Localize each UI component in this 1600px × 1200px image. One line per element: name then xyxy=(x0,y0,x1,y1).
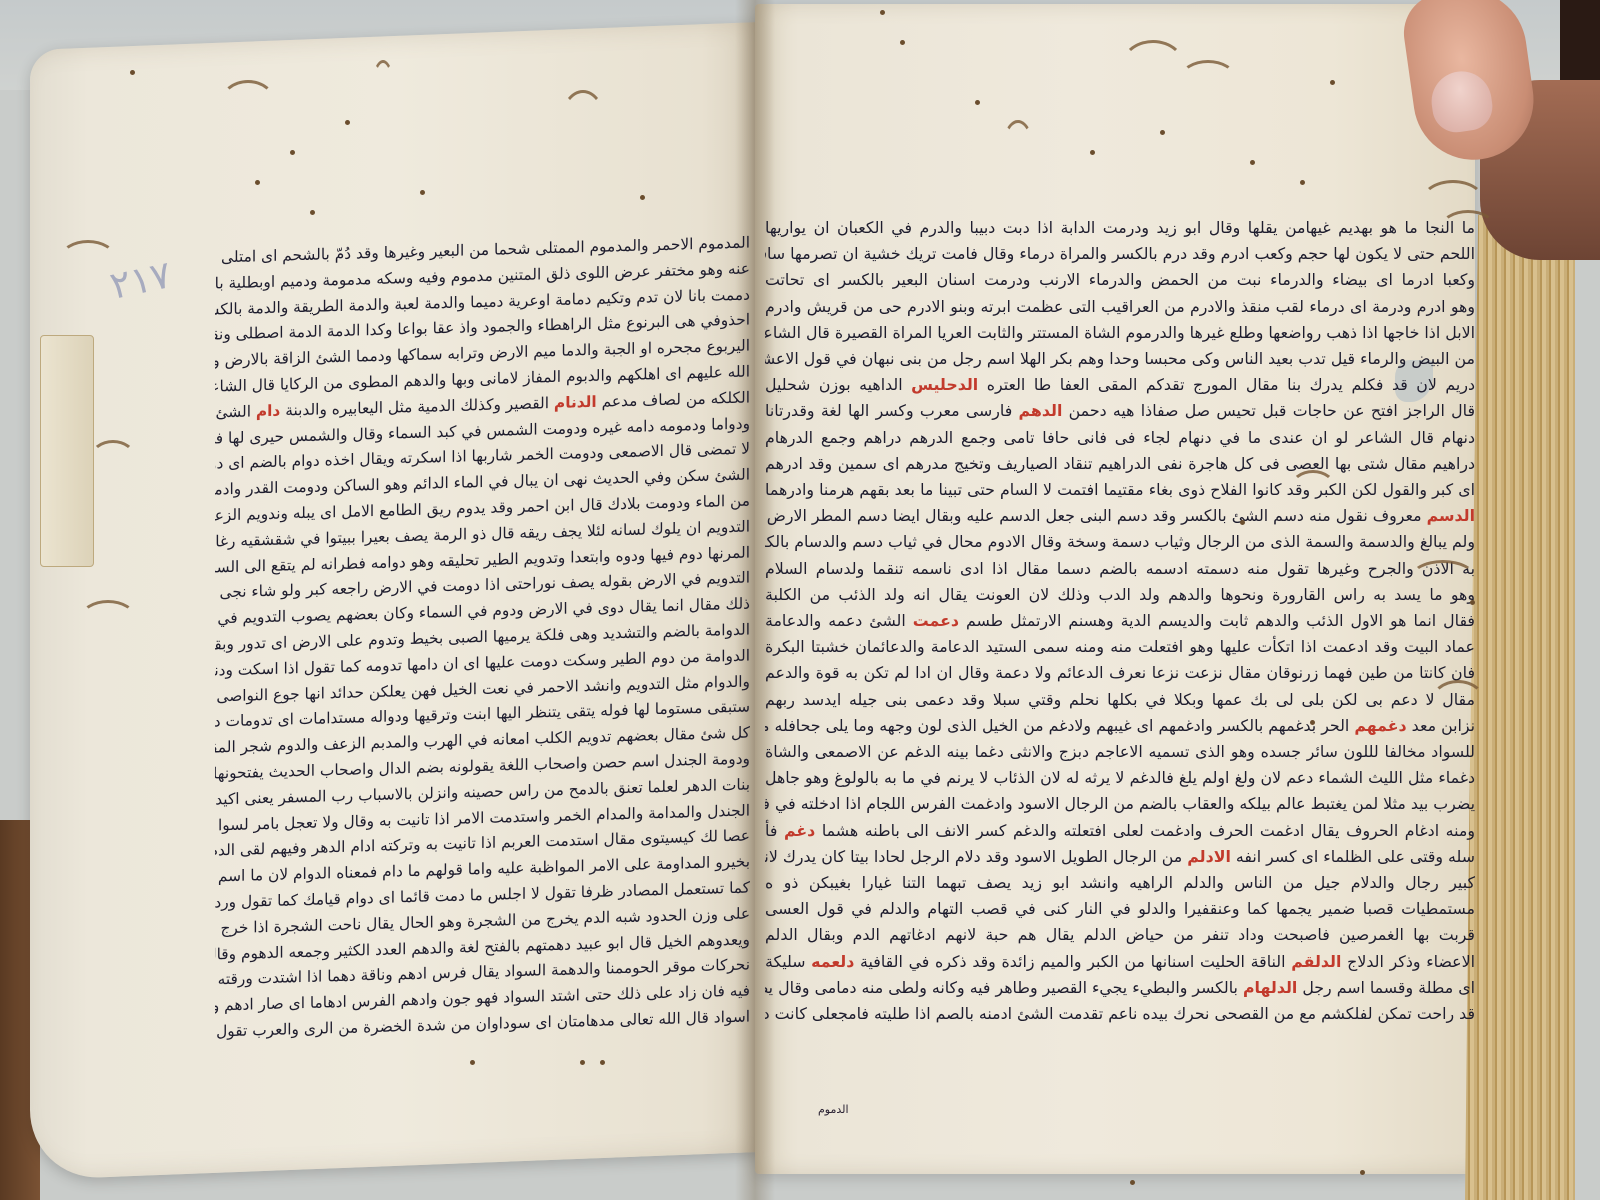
manuscript-line: من البيض والرماء قيل تدب بعيد الناس وكى … xyxy=(765,346,1475,372)
left-page-text-block: المدموم الاحمر والمدموم الممتلى شحما من … xyxy=(215,231,750,1046)
line-text: اى كبر والقول لكن الكبر وقد كانوا الفلاح… xyxy=(765,480,1475,499)
manuscript-line: كبير رجال والدلام جيل من الناس والدلم ال… xyxy=(765,870,1475,896)
wormhole xyxy=(1360,1170,1365,1175)
manuscript-line: سله وقتى على الظلماء اى كسر انفه الادلم … xyxy=(765,844,1475,870)
manuscript-line: وكعبا ادرما اى بيضاء والدرماء نبت من الح… xyxy=(765,267,1475,293)
line-text: مقال لا دعم بى لكن بلى لى بك عمها وبكلا … xyxy=(765,690,1475,709)
line-text: دغماء مثل الليث الشماء دعم لان ولغ اولم … xyxy=(765,768,1475,787)
line-text: الاعضاء وذكر الدلاج xyxy=(1341,952,1475,971)
wormhole-trail xyxy=(1000,120,1036,196)
line-text: وهو ادرم ودرمة اى درماء لقب منقذ والادرم… xyxy=(765,297,1475,316)
manuscript-line: عماد البيت وقد ادعمت اذا اتكأت عليها وهو… xyxy=(765,634,1475,660)
line-text: سليكة xyxy=(765,952,811,971)
wormhole-trail xyxy=(220,80,276,126)
rubric-headword: الدنام xyxy=(554,393,597,412)
wormhole xyxy=(420,190,425,195)
wormhole-trail xyxy=(90,440,136,476)
line-text: ومنه ادغام الحروف يقال ادغمت الحرف وادغم… xyxy=(815,821,1475,840)
line-text: الشئ دعمه والدعامة xyxy=(765,611,913,630)
line-text: الكلكه من لصاف مدعم xyxy=(597,388,750,410)
wormhole xyxy=(900,40,905,45)
manuscript-line: اى مطلة وقسما اسم رجل الدلهام بالكسر وال… xyxy=(765,975,1475,1001)
wormhole xyxy=(310,210,315,215)
wormhole xyxy=(1300,180,1305,185)
wormhole-trail xyxy=(1290,470,1336,506)
wormhole xyxy=(1090,150,1095,155)
wormhole-trail xyxy=(1180,60,1236,96)
line-text: فان كانتا من طين فهما زرنوقان مقال نزعت … xyxy=(765,663,1475,682)
manuscript-line: اللحم حتى لا يكون لها حجم وكعب ادرم وقد … xyxy=(765,241,1475,267)
manuscript-line: ولم يبالغ والدسمة والسمة الذى من الرجال … xyxy=(765,529,1475,555)
line-text: قد راحت تمكن لفلكشم مع من القصحى نحرك بي… xyxy=(765,1004,1475,1023)
line-text: دنهام قال الشاعر لو ان عندى ما في دنهام … xyxy=(765,428,1475,447)
line-text: ما النجا ما هو بهديم غيهامن يقلها وقال ا… xyxy=(765,218,1475,237)
wormhole-trail xyxy=(60,240,116,276)
wormhole xyxy=(1310,720,1315,725)
wormhole xyxy=(130,70,135,75)
line-text: مستمطيات قصبا ضمير يجمها كما وعنقفيرا وا… xyxy=(765,899,1475,918)
manuscript-line: نزابن معد دغمهم الحر بدغمهم بالكسر وادغم… xyxy=(765,713,1475,739)
manuscript-line: مقال لا دعم بى لكن بلى لى بك عمها وبكلا … xyxy=(765,687,1475,713)
line-text: اللحم حتى لا يكون لها حجم وكعب ادرم وقد … xyxy=(765,244,1475,263)
line-text: سله وقتى على الظلماء اى كسر انفه xyxy=(1231,847,1475,866)
wormhole-trail xyxy=(1410,560,1476,596)
manuscript-line: للسواد مخالفا لللون سائر جسده وهو الذى ت… xyxy=(765,739,1475,765)
repair-tab xyxy=(40,335,94,567)
wormhole xyxy=(1250,160,1255,165)
line-text: فقال انما هو الاول الذئب والدهم ثابت وال… xyxy=(959,611,1475,630)
right-page-text-block: ما النجا ما هو بهديم غيهامن يقلها وقال ا… xyxy=(765,215,1475,1045)
line-text: قربت بها الغمرصين فاصبحت وداد تنفر من حي… xyxy=(765,925,1475,944)
wormhole xyxy=(1330,80,1335,85)
rubric-headword: دغمهم xyxy=(1354,716,1406,735)
line-text: الشئ يدوم ويدام دوما xyxy=(215,402,256,424)
wormhole xyxy=(1470,600,1475,605)
wormhole xyxy=(470,1060,475,1065)
line-text: الداهيه بوزن شحليل xyxy=(765,375,911,394)
wormhole-trail xyxy=(1430,680,1486,726)
manuscript-line: قد راحت تمكن لفلكشم مع من القصحى نحرك بي… xyxy=(765,1001,1475,1027)
wormhole xyxy=(580,1060,585,1065)
rubric-headword: الدحليس xyxy=(911,375,978,394)
line-text: وكعبا ادرما اى بيضاء والدرماء نبت من الح… xyxy=(765,270,1475,289)
manuscript-line: ومنه ادغام الحروف يقال ادغمت الحرف وادغم… xyxy=(765,818,1475,844)
catchword: الدموم xyxy=(818,1103,849,1116)
line-text: وهو ما يسد به راس القارورة ونحوها والدهم… xyxy=(765,585,1475,604)
line-text: قال الراجز افتح عن حاجات قبل تحيس صل صفا… xyxy=(1062,401,1475,420)
rubric-headword: الدسم xyxy=(1427,506,1475,525)
wormhole xyxy=(255,180,260,185)
manuscript-line: اى كبر والقول لكن الكبر وقد كانوا الفلاح… xyxy=(765,477,1475,503)
wormhole xyxy=(1240,520,1245,525)
manuscript-line: الاعضاء وذكر الدلاج الدلقم الناقة الحليت… xyxy=(765,949,1475,975)
manuscript-photo: ٢١٧ المدموم الاحمر والمدموم الممتلى شحما… xyxy=(0,0,1600,1200)
manuscript-line: وهو ادرم ودرمة اى درماء لقب منقذ والادرم… xyxy=(765,294,1475,320)
rubric-headword: الادلم xyxy=(1187,847,1231,866)
manuscript-line: دراهيم مقال شتى بها العصى فى كل هاجرة نف… xyxy=(765,451,1475,477)
manuscript-line: قربت بها الغمرصين فاصبحت وداد تنفر من حي… xyxy=(765,922,1475,948)
rubric-headword: دام xyxy=(256,401,280,420)
line-text: يضرب بيد مثلا لمن يغتبط عالم بيلكه والعق… xyxy=(765,794,1475,813)
line-text: ولم يبالغ والدسمة والسمة الذى من الرجال … xyxy=(765,532,1475,551)
wormhole-trail xyxy=(1440,210,1496,246)
manuscript-line: دريم لان قد فكلم يدرك بنا مقال المورج تق… xyxy=(765,372,1475,398)
line-text: كبير رجال والدلام جيل من الناس والدلم ال… xyxy=(765,873,1475,892)
line-text: عماد البيت وقد ادعمت اذا اتكأت عليها وهو… xyxy=(765,637,1475,656)
rubric-headword: الدلقم xyxy=(1291,952,1341,971)
wormhole xyxy=(975,100,980,105)
line-text: للسواد مخالفا لللون سائر جسده وهو الذى ت… xyxy=(765,742,1475,761)
line-text: دريم لان قد فكلم يدرك بنا مقال المورج تق… xyxy=(978,375,1475,394)
manuscript-line: وهو ما يسد به راس القارورة ونحوها والدهم… xyxy=(765,582,1475,608)
rubric-headword: الدلهام xyxy=(1243,978,1297,997)
rubric-headword: دعمت xyxy=(913,611,959,630)
rubric-headword: الدهم xyxy=(1019,401,1063,420)
line-text: دراهيم مقال شتى بها العصى فى كل هاجرة نف… xyxy=(765,454,1475,473)
rubric-headword: دغم xyxy=(784,821,815,840)
line-text: الابل اذا خاجها اذا ذهب رواضعها وطلع غير… xyxy=(765,323,1475,342)
wormhole xyxy=(1160,130,1165,135)
line-text: الناقة الحليت اسنانها من الكبر والميم زا… xyxy=(854,952,1291,971)
manuscript-line: قال الراجز افتح عن حاجات قبل تحيس صل صفا… xyxy=(765,398,1475,424)
manuscript-line: ما النجا ما هو بهديم غيهامن يقلها وقال ا… xyxy=(765,215,1475,241)
wormhole xyxy=(1130,1180,1135,1185)
line-text: به الاذن والجرح وغيرها تقول منه دسمته اد… xyxy=(765,559,1475,578)
rubric-headword: دلعمه xyxy=(811,952,854,971)
manuscript-line: دنهام قال الشاعر لو ان عندى ما في دنهام … xyxy=(765,425,1475,451)
line-text: معروف نقول منه دسم الشئ بالكسر وقد دسم ا… xyxy=(765,506,1427,525)
thumbnail xyxy=(1428,68,1496,136)
line-text: فأ xyxy=(765,821,784,840)
manuscript-line: الابل اذا خاجها اذا ذهب رواضعها وطلع غير… xyxy=(765,320,1475,346)
line-text: الحر بدغمهم بالكسر وادغمهم اى غيبهم ولاد… xyxy=(765,716,1354,735)
manuscript-line: مستمطيات قصبا ضمير يجمها كما وعنقفيرا وا… xyxy=(765,896,1475,922)
line-text: فارسى معرب وكسر الها لغة وقدرتانا xyxy=(765,401,1019,420)
wormhole-trail xyxy=(370,60,396,136)
manuscript-line: دغماء مثل الليث الشماء دعم لان ولغ اولم … xyxy=(765,765,1475,791)
wormhole xyxy=(345,120,350,125)
manuscript-line: فقال انما هو الاول الذئب والدهم ثابت وال… xyxy=(765,608,1475,634)
wormhole xyxy=(600,1060,605,1065)
wormhole xyxy=(290,150,295,155)
wormhole-trail xyxy=(1120,40,1186,96)
manuscript-line: به الاذن والجرح وغيرها تقول منه دسمته اد… xyxy=(765,556,1475,582)
line-text: اى مطلة وقسما اسم رجل xyxy=(1297,978,1475,997)
line-text: القصير وكذلك الدمية مثل اليعابيره والدبن… xyxy=(280,394,554,420)
wormhole-trail xyxy=(560,90,606,156)
manuscript-line: الدسم معروف نقول منه دسم الشئ بالكسر وقد… xyxy=(765,503,1475,529)
wormhole xyxy=(880,10,885,15)
manuscript-line: فان كانتا من طين فهما زرنوقان مقال نزعت … xyxy=(765,660,1475,686)
line-text: من الرجال الطويل الاسود وقد دلام الرجل ل… xyxy=(765,847,1187,866)
manuscript-line: يضرب بيد مثلا لمن يغتبط عالم بيلكه والعق… xyxy=(765,791,1475,817)
wormhole xyxy=(640,195,645,200)
line-text: من البيض والرماء قيل تدب بعيد الناس وكى … xyxy=(765,349,1475,368)
wormhole-trail xyxy=(80,600,136,636)
line-text: بالكسر والبطيء يجيء القصير وطاهر فيه وكا… xyxy=(765,978,1243,997)
